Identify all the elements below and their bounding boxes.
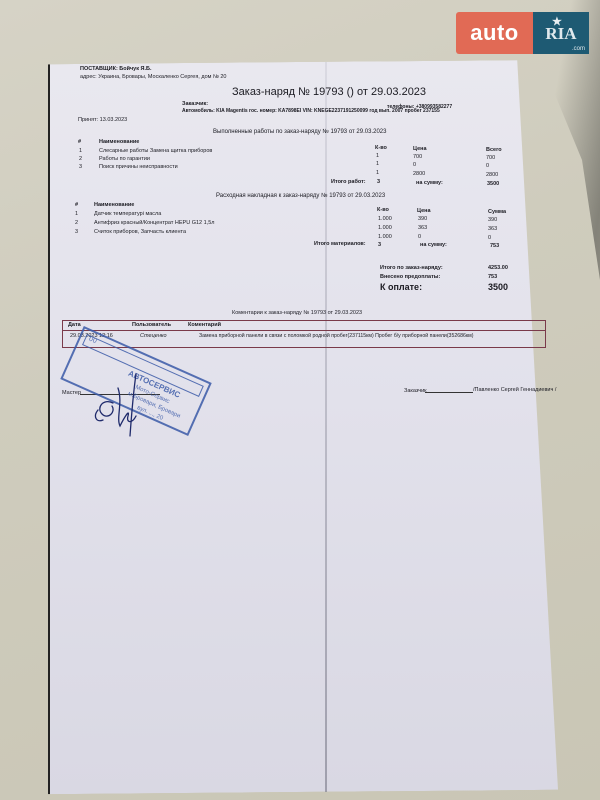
comments-title: Коментарии к заказ-наряду № 19793 от 29.… [232, 310, 362, 316]
row-total: 0 [486, 163, 489, 169]
row-qty: 1 [376, 170, 379, 176]
materials-col-qty: К-во [377, 207, 389, 213]
works-sum-label: на сумму: [416, 180, 443, 186]
materials-col-name: Наименование [94, 202, 134, 208]
order-total-label: Итого по заказ-наряду: [380, 265, 443, 271]
row-price: 363 [418, 225, 427, 231]
row-total: 2800 [486, 172, 498, 178]
row-price: 0 [413, 162, 416, 168]
customer-signature-line [425, 392, 473, 393]
row-name: Слесарные работы Замена щитка приборов [99, 148, 212, 154]
materials-sum-label: на сумму: [420, 242, 447, 248]
row-name: Работы по гарантии [99, 156, 150, 162]
materials-title: Расходная накладная к заказ-наряду № 197… [216, 193, 385, 199]
row-price: 700 [413, 154, 422, 160]
materials-col-price: Цена [417, 208, 431, 214]
row-qty: 1 [376, 153, 379, 159]
works-col-num: # [78, 139, 81, 145]
materials-col-num: # [75, 202, 78, 208]
row-name: Поиск причины неисправности [99, 164, 178, 170]
row-qty: 1.000 [378, 216, 392, 222]
supplier: ПОСТАВЩИК: Бойчук Я.Б. [80, 66, 152, 72]
row-name: Антифриз красный/Концентрат HEPU G12 1,5… [94, 220, 215, 226]
row-number: 2 [79, 156, 82, 162]
to-pay-label: К оплате: [380, 282, 422, 292]
works-col-qty: К-во [375, 145, 387, 151]
row-qty: 1 [376, 161, 379, 167]
comment-text: Замена приборной панели в связи с поломк… [199, 333, 473, 339]
materials-total-label: Итого материалов: [314, 241, 366, 247]
works-title: Выполненные работы по заказ-наряду № 197… [213, 129, 386, 135]
accepted-date: Принят: 13.03.2023 [78, 117, 127, 123]
materials-col-total: Сумма [488, 209, 506, 215]
page-title: Заказ-наряд № 19793 () от 29.03.2023 [232, 86, 426, 98]
row-total: 363 [488, 226, 497, 232]
row-number: 1 [79, 148, 82, 154]
row-price: 2800 [413, 171, 425, 177]
to-pay-value: 3500 [488, 282, 508, 292]
row-total: 0 [488, 235, 491, 241]
master-label: Мастер [62, 390, 81, 396]
works-total-count: 3 [377, 179, 380, 185]
materials-total-count: 3 [378, 242, 381, 248]
customer-label: Заказчик: [182, 101, 208, 107]
supplier-address: адрес: Украина, Бровары, Москаленко Серг… [80, 74, 227, 80]
row-number: 2 [75, 220, 78, 226]
work-order-document: ПОСТАВЩИК: Бойчук Я.Б. адрес: Украина, Б… [0, 0, 600, 800]
works-col-price: Цена [413, 146, 427, 152]
phone: телефоны: +380993582277 [387, 104, 452, 110]
comments-col-text: Коментарий [188, 322, 221, 328]
row-total: 390 [488, 217, 497, 223]
works-sum-value: 3500 [487, 181, 499, 187]
handwritten-signature [88, 368, 158, 438]
row-total: 700 [486, 155, 495, 161]
row-name: Датчик температурі масла [94, 211, 161, 217]
works-total-label: Итого работ: [331, 179, 366, 185]
row-qty: 1.000 [378, 234, 392, 240]
row-price: 0 [418, 234, 421, 240]
row-number: 3 [75, 229, 78, 235]
row-number: 1 [75, 211, 78, 217]
order-total-value: 4253.00 [488, 265, 508, 271]
row-number: 3 [79, 164, 82, 170]
comments-col-date: Дата [68, 322, 81, 328]
works-col-total: Всего [486, 147, 502, 153]
prepaid-label: Внесено предоплаты: [380, 274, 440, 280]
comments-col-user: Пользователь [132, 322, 171, 328]
prepaid-value: 753 [488, 274, 497, 280]
row-name: Считок приборов, Запчасть клиента [94, 229, 186, 235]
row-qty: 1.000 [378, 225, 392, 231]
customer-sign-label: Заказчик [404, 388, 427, 394]
works-col-name: Наименование [99, 139, 139, 145]
row-price: 390 [418, 216, 427, 222]
materials-sum-value: 753 [490, 243, 499, 249]
comment-user: Стеценко [140, 333, 167, 339]
customer-name: /Павленко Сергей Геннадиевич / [473, 387, 556, 393]
